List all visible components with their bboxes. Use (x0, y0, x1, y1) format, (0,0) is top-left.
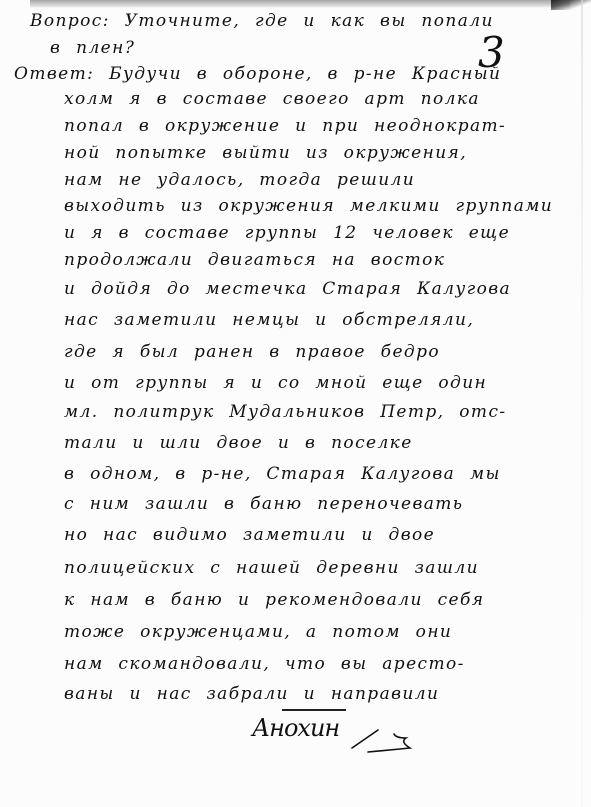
text-line: где я был ранен в правое бедро (64, 342, 440, 362)
scan-edge (581, 0, 583, 807)
document-page: 3 Вопрос: Уточните, где и как вы попали … (0, 0, 591, 807)
signature-flourish-icon (350, 726, 420, 756)
text-line: ваны и нас забрали и направили (64, 684, 439, 704)
text-line: с ним зашли в баню переночевать (64, 494, 463, 514)
text-line: но нас видимо заметили и двое (64, 525, 435, 545)
text-line: и дойдя до местечка Старая Калугова (64, 279, 511, 299)
text-line: попал в окружение и при неоднократ- (64, 116, 506, 136)
text-line: тоже окруженцами, а потом они (64, 622, 452, 642)
text-line: мл. политрук Мудальников Петр, отс- (64, 402, 507, 422)
text-line: холм я в составе своего арт полка (64, 89, 480, 109)
text-line: Вопрос: Уточните, где и как вы попали (30, 11, 494, 31)
text-line: в одном, в р-не, Старая Калугова мы (64, 464, 501, 484)
text-line: ной попытке выйти из окружения, (64, 143, 467, 163)
text-line: Ответ: Будучи в обороне, в р-не Красный (14, 64, 501, 84)
signature-underline (282, 709, 346, 711)
text-line: выходить из окружения мелкими группами (64, 196, 553, 216)
text-line: нам скомандовали, что вы арестo- (64, 654, 465, 674)
text-line: нас заметили немцы и обстреляли, (64, 310, 474, 330)
scan-smudge-corner (551, 0, 591, 10)
scan-smudge-top (30, 0, 570, 8)
text-line: и от группы я и со мной еще один (64, 373, 487, 393)
text-line: полицейских с нашей деревни зашли (64, 558, 479, 578)
signature: Анохин (252, 714, 339, 742)
text-line: и я в составе группы 12 человек еще (64, 223, 510, 243)
text-line: в плен? (50, 38, 135, 58)
text-line: продолжали двигаться на восток (64, 250, 445, 270)
text-line: к нам в баню и рекомендовали себя (64, 590, 484, 610)
text-line: нам не удалось, тогда решили (64, 170, 415, 190)
text-line: тали и шли двое и в поселке (64, 433, 413, 453)
